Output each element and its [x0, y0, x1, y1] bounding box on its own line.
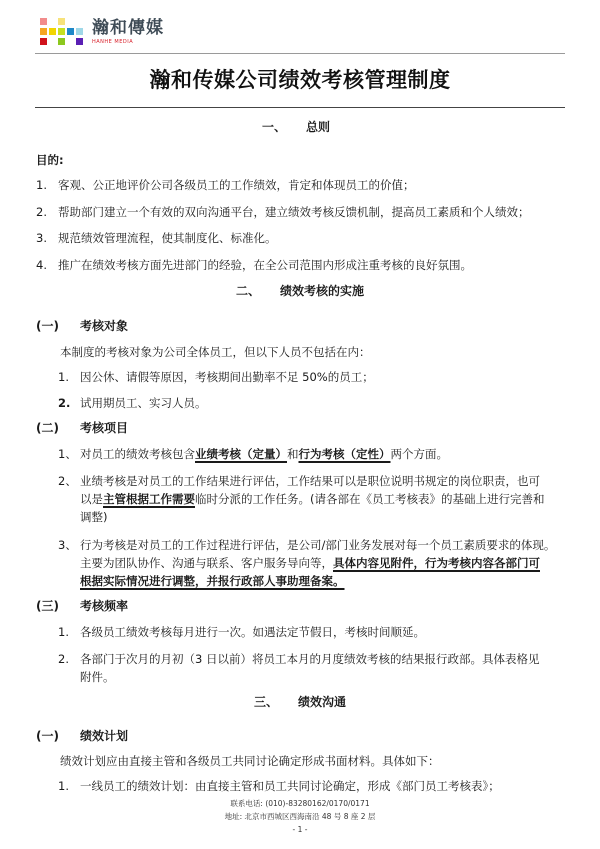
item-text: 规范绩效管理流程，使其制度化、标准化。: [58, 231, 277, 245]
item-number: 4.: [36, 257, 58, 273]
list-item-continuation: 调整): [80, 509, 108, 525]
item-text: 行为考核是对员工的工作过程进行评估，是公司/部门业务发展对每一个员工素质要求的体…: [80, 538, 555, 552]
list-item: 3.规范绩效管理流程，使其制度化、标准化。: [36, 230, 277, 246]
subsection-heading: (一)绩效计划: [36, 728, 128, 744]
item-number: 1、: [58, 446, 80, 462]
item-text: 业绩考核是对员工的工作结果进行评估，工作结果可以是职位说明书规定的岗位职责，也可: [80, 474, 540, 488]
list-item: 1.各级员工绩效考核每月进行一次。如遇法定节假日，考核时间顺延。: [58, 624, 425, 640]
subsection-number: (二): [36, 420, 80, 436]
section-number: 一、: [262, 119, 306, 135]
item-number: 1.: [36, 177, 58, 193]
item-text: 对员工的绩效考核包含: [80, 447, 195, 461]
subsection-heading: (一)考核对象: [36, 318, 128, 334]
section-number: 三、: [254, 694, 298, 710]
page-number: - 1 -: [0, 825, 600, 835]
subsection-heading: (二)考核项目: [36, 420, 128, 436]
item-text: 各部门于次月的月初（3 日以前）将员工本月的月度绩效考核的结果报行政部。具体表格…: [80, 652, 539, 666]
footer-address: 地址: 北京市西城区西海南沿 48 号 8 座 2 层: [0, 812, 600, 822]
paragraph: 本制度的考核对象为公司全体员工，但以下人员不包括在内：: [60, 344, 371, 360]
list-item: 1.因公休、请假等原因，考核期间出勤率不足 50%的员工；: [58, 369, 374, 385]
logo-color-grid-icon: [40, 18, 88, 48]
item-text: 试用期员工、实习人员。: [80, 396, 207, 410]
subsection-number: (三): [36, 598, 80, 614]
item-text: 两个方面。: [391, 447, 449, 461]
section-heading-2: 二、绩效考核的实施: [236, 283, 364, 299]
list-item: 1.客观、公正地评价公司各级员工的工作绩效，肯定和体现员工的价值；: [36, 177, 415, 193]
list-item: 2.各部门于次月的月初（3 日以前）将员工本月的月度绩效考核的结果报行政部。具体…: [58, 651, 539, 667]
logo-tagline: HANHE MEDIA: [92, 39, 164, 46]
section-title: 总则: [306, 120, 330, 134]
item-text: 和: [287, 447, 299, 461]
section-title: 绩效沟通: [298, 695, 346, 709]
emphasis-text: 主管根据工作需要: [103, 492, 195, 506]
item-text: 一线员工的绩效计划：由直接主管和员工共同讨论确定，形成《部门员工考核表》；: [80, 779, 500, 793]
logo-name: 瀚和傳媒: [92, 18, 164, 38]
list-item: 1.一线员工的绩效计划：由直接主管和员工共同讨论确定，形成《部门员工考核表》；: [58, 778, 500, 794]
item-number: 2、: [58, 473, 80, 489]
list-item: 1、对员工的绩效考核包含业绩考核（定量）和行为考核（定性）两个方面。: [58, 446, 448, 462]
subsection-title: 考核频率: [80, 599, 128, 613]
item-text: 推广在绩效考核方面先进部门的经验，在全公司范围内形成注重考核的良好氛围。: [58, 258, 472, 272]
purpose-label: 目的:: [36, 152, 64, 168]
item-text: 主要为团队协作、沟通与联系、客户服务导向等，: [80, 556, 333, 570]
section-number: 二、: [236, 283, 280, 299]
section-title: 绩效考核的实施: [280, 284, 364, 298]
item-number: 1.: [58, 624, 80, 640]
item-text: 因公休、请假等原因，考核期间出勤率不足 50%的员工；: [80, 370, 374, 384]
item-number: 2.: [58, 395, 80, 411]
list-item-continuation: 附件。: [80, 669, 115, 685]
subsection-heading: (三)考核频率: [36, 598, 128, 614]
subsection-title: 考核对象: [80, 319, 128, 333]
document-title: 瀚和传媒公司绩效考核管理制度: [0, 64, 600, 94]
item-text: 临时分派的工作任务。(请各部在《员工考核表》的基础上进行完善和: [195, 492, 544, 506]
subsection-number: (一): [36, 318, 80, 334]
item-text: 客观、公正地评价公司各级员工的工作绩效，肯定和体现员工的价值；: [58, 178, 415, 192]
item-number: 2.: [58, 651, 80, 667]
title-divider: [35, 107, 565, 108]
list-item-continuation: 以是主管根据工作需要临时分派的工作任务。(请各部在《员工考核表》的基础上进行完善…: [80, 491, 544, 507]
company-logo: 瀚和傳媒 HANHE MEDIA: [40, 18, 164, 48]
document-page: 瀚和傳媒 HANHE MEDIA 瀚和传媒公司绩效考核管理制度 一、总则 目的:…: [0, 0, 600, 849]
list-item: 2、业绩考核是对员工的工作结果进行评估，工作结果可以是职位说明书规定的岗位职责，…: [58, 473, 540, 489]
item-text: 帮助部门建立一个有效的双向沟通平台，建立绩效考核反馈机制，提高员工素质和个人绩效…: [58, 205, 530, 219]
item-number: 3、: [58, 537, 80, 553]
item-number: 2.: [36, 204, 58, 220]
section-heading-1: 一、总则: [262, 119, 330, 135]
list-item-continuation: 主要为团队协作、沟通与联系、客户服务导向等，具体内容见附件，行为考核内容各部门可: [80, 555, 540, 571]
subsection-number: (一): [36, 728, 80, 744]
item-number: 3.: [36, 230, 58, 246]
list-item: 2.试用期员工、实习人员。: [58, 395, 207, 411]
list-item: 2.帮助部门建立一个有效的双向沟通平台，建立绩效考核反馈机制，提高员工素质和个人…: [36, 204, 530, 220]
footer-phone: 联系电话: (010)-83280162/0170/0171: [0, 799, 600, 809]
subsection-title: 考核项目: [80, 421, 128, 435]
item-text: 以是: [80, 492, 103, 506]
item-text: 各级员工绩效考核每月进行一次。如遇法定节假日，考核时间顺延。: [80, 625, 425, 639]
emphasis-text: 具体内容见附件，行为考核内容各部门可: [333, 556, 540, 570]
list-item: 4.推广在绩效考核方面先进部门的经验，在全公司范围内形成注重考核的良好氛围。: [36, 257, 472, 273]
emphasis-text: 根据实际情况进行调整，并报行政部人事助理备案。: [80, 574, 345, 588]
item-number: 1.: [58, 369, 80, 385]
emphasis-text: 业绩考核（定量）: [195, 447, 287, 461]
item-number: 1.: [58, 778, 80, 794]
section-heading-3: 三、绩效沟通: [254, 694, 346, 710]
list-item-continuation: 根据实际情况进行调整，并报行政部人事助理备案。: [80, 573, 345, 589]
list-item: 3、行为考核是对员工的工作过程进行评估，是公司/部门业务发展对每一个员工素质要求…: [58, 537, 555, 553]
emphasis-text: 行为考核（定性）: [299, 447, 391, 461]
paragraph: 绩效计划应由直接主管和各级员工共同讨论确定形成书面材料。具体如下：: [60, 753, 440, 769]
header-divider: [35, 53, 565, 54]
subsection-title: 绩效计划: [80, 729, 128, 743]
